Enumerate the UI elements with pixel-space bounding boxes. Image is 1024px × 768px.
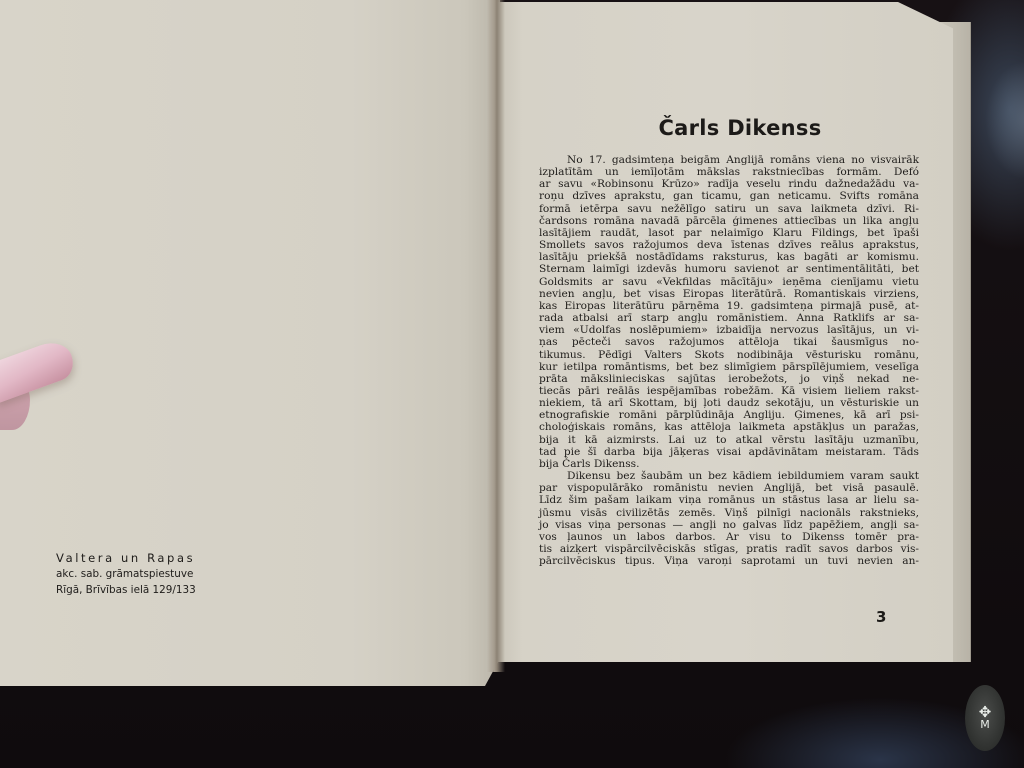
text-line: Dikensu bez šaubām un bez kādiem iebildu…	[539, 470, 919, 482]
text-line: Līdz šim pašam laikam viņa romānus un st…	[539, 494, 919, 506]
text-line: roņu dzīves aprakstu, gan ticamu, gan ne…	[539, 190, 919, 202]
text-line: par vispopulārāko romānistu nevien Angli…	[539, 482, 919, 494]
imprint-printer-name: Valtera un Rapas	[56, 550, 256, 566]
text-line: izplatītām un iemīļotām mākslas rakstnie…	[539, 166, 919, 178]
imprint-company-type: akc. sab. grāmatspiestuve	[56, 566, 256, 582]
text-line: viem «Udolfas noslēpumiem» izbaidīja ner…	[539, 324, 919, 336]
page-number: 3	[876, 608, 886, 626]
text-line: ar savu «Robinsonu Krūzo» radīja veselu …	[539, 178, 919, 190]
text-line: tikumus. Pēdīgi Valters Skots nodibināja…	[539, 349, 919, 361]
text-line: lasītāju priekšā nostādīdams raksturus, …	[539, 251, 919, 263]
text-line: etnografiskie romāni pārplūdināja Anglij…	[539, 409, 919, 421]
text-line: Goldsmits ar savu «Vekfildas mācītāju» i…	[539, 276, 919, 288]
text-line: tis aizķert vispārcilvēciskās stīgas, pr…	[539, 543, 919, 555]
text-line: rada atbalsi arī starp angļu romānistiem…	[539, 312, 919, 324]
text-line: vos ļaunos un labos darbos. Ar visu to D…	[539, 531, 919, 543]
text-line: ņas pēcteči savos ražojumos attēloja tik…	[539, 336, 919, 348]
printer-imprint: Valtera un Rapas akc. sab. grāmatspiestu…	[56, 550, 256, 598]
imprint-address: Rīgā, Brīvības ielā 129/133	[56, 582, 256, 598]
text-line: lasītājiem raudāt, lasot par nelaimīgo K…	[539, 227, 919, 239]
text-line: kas Eiropas literātūru pārņēma 19. gadsi…	[539, 300, 919, 312]
text-line: kur ietilpa romāntisms, bet bez slimīgie…	[539, 361, 919, 373]
text-line: No 17. gadsimteņa beigām Anglijā romāns …	[539, 154, 919, 166]
text-line: niekiem, tā arī Skottam, bij ļoti daudz …	[539, 397, 919, 409]
text-line: čardsons romāna navadā pārcēla ģimenes a…	[539, 215, 919, 227]
watermark-badge: ✥ M	[965, 685, 1005, 751]
text-line: tiecās pāri reālās iespējamības robežām.…	[539, 385, 919, 397]
chapter-title: Čarls Dikenss	[560, 116, 920, 140]
flower-emblem-icon: ✥	[979, 705, 992, 719]
text-line: prāta mākslinieciskas sajūtas ierobežots…	[539, 373, 919, 385]
text-line: choloģiskais romāns, kas attēloja laikme…	[539, 421, 919, 433]
text-line: Sternam laimīgi izdevās humoru savienot …	[539, 263, 919, 275]
chapter-body-text: No 17. gadsimteņa beigām Anglijā romāns …	[539, 154, 919, 567]
text-line: jo visas viņa personas — angļi no galvas…	[539, 519, 919, 531]
text-line: tad pie šī darba bija jāķeras visai apdā…	[539, 446, 919, 458]
text-line: nevien angļu, bet visas Eiropas literātū…	[539, 288, 919, 300]
text-line: bija Čarls Dikenss.	[539, 458, 919, 470]
text-line: bija it kā aizmirsts. Lai uz to atkal vē…	[539, 434, 919, 446]
book-gutter	[487, 0, 505, 672]
text-line: jūsmu visās civilizētās zemēs. Viņš piln…	[539, 507, 919, 519]
text-line: formā ietērpa savu nežēlīgo satiru un sa…	[539, 203, 919, 215]
watermark-letter: M	[980, 719, 990, 731]
text-line: pārcilvēciskus tipus. Viņa varoņi saprot…	[539, 555, 919, 567]
text-line: Smollets savos ražojumos deva īstenas dz…	[539, 239, 919, 251]
